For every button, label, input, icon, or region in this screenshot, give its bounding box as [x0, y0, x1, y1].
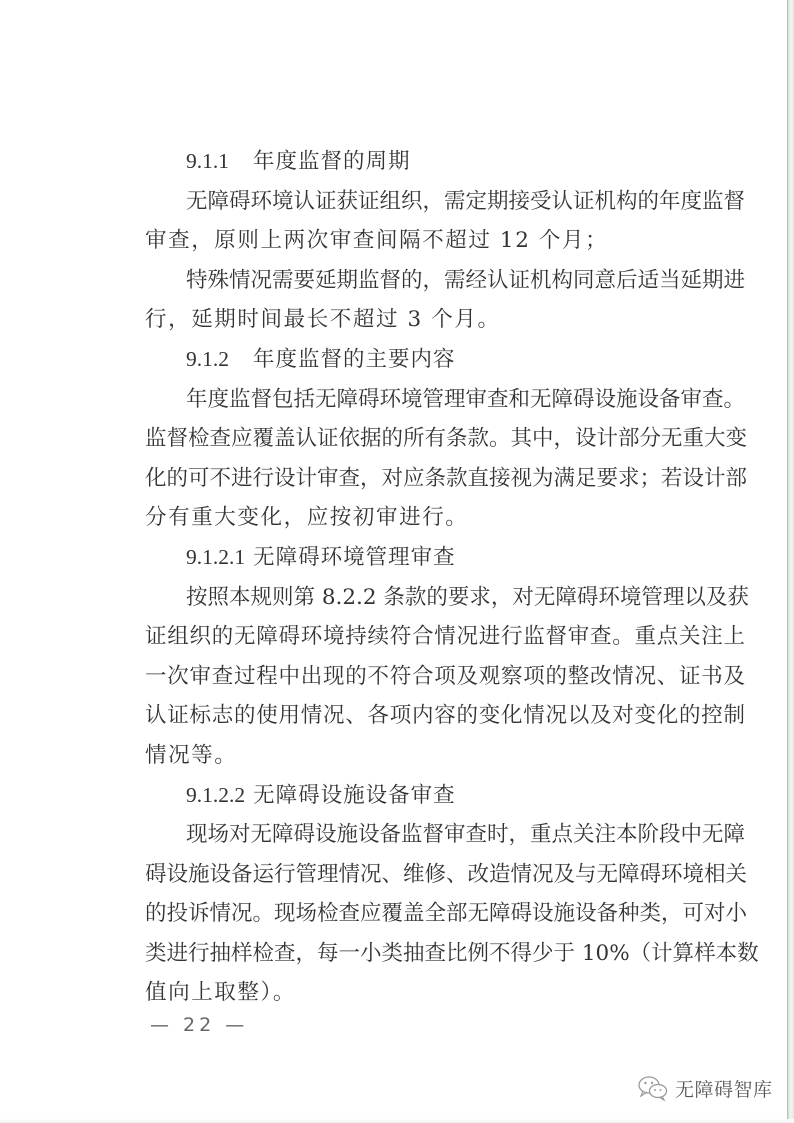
section-title: 无障碍环境管理审查 — [253, 545, 456, 570]
paragraph-line: 认证标志的使用情况、各项内容的变化情况以及对变化的控制 — [145, 696, 745, 736]
section-heading: 9.1.1年度监督的周期 — [145, 142, 745, 182]
paragraph-line: 碍设施设备运行管理情况、维修、改造情况及与无障碍环境相关 — [145, 855, 745, 895]
paragraph-line: 证组织的无障碍环境持续符合情况进行监督审查。重点关注上 — [145, 617, 745, 657]
section-title: 年度监督的主要内容 — [253, 347, 456, 372]
document-body: 9.1.1年度监督的周期 无障碍环境认证获证组织，需定期接受认证机构的年度监督 … — [145, 142, 745, 1013]
wechat-icon — [637, 1074, 669, 1102]
paragraph-line: 分有重大变化，应按初审进行。 — [145, 498, 745, 538]
subsection-heading: 9.1.2.1无障碍环境管理审查 — [145, 538, 745, 578]
section-title: 无障碍设施设备审查 — [253, 783, 456, 808]
section-number: 9.1.2.2 — [186, 783, 245, 807]
paragraph-line: 一次审查过程中出现的不符合项及观察项的整改情况、证书及 — [145, 657, 745, 697]
page-bottom-shadow — [0, 1119, 794, 1123]
paragraph-line: 行，延期时间最长不超过 3 个月。 — [145, 300, 745, 340]
watermark-label: 无障碍智库 — [675, 1075, 773, 1102]
page-edge-shadow — [787, 0, 794, 1123]
paragraph-line: 监督检查应覆盖认证依据的所有条款。其中，设计部分无重大变 — [145, 419, 745, 459]
paragraph-line: 审查，原则上两次审查间隔不超过 12 个月； — [145, 221, 745, 261]
paragraph-line: 的投诉情况。现场检查应覆盖全部无障碍设施设备种类，可对小 — [145, 894, 745, 934]
paragraph-line: 值向上取整）。 — [145, 973, 745, 1013]
paragraph-line: 年度监督包括无障碍环境管理审查和无障碍设施设备审查。 — [145, 380, 745, 420]
paragraph-line: 类进行抽样检查，每一小类抽查比例不得少于 10%（计算样本数 — [145, 934, 745, 974]
section-heading: 9.1.2年度监督的主要内容 — [145, 340, 745, 380]
paragraph-line: 情况等。 — [145, 736, 745, 776]
section-title: 年度监督的周期 — [253, 149, 411, 174]
paragraph-line: 化的可不进行设计审查，对应条款直接视为满足要求；若设计部 — [145, 459, 745, 499]
paragraph-line: 特殊情况需要延期监督的，需经认证机构同意后适当延期进 — [145, 261, 745, 301]
page-number: — 22 — — [150, 1014, 248, 1036]
paragraph-line: 按照本规则第 8.2.2 条款的要求，对无障碍环境管理以及获 — [145, 578, 745, 618]
subsection-heading: 9.1.2.2无障碍设施设备审查 — [145, 776, 745, 816]
paragraph-line: 现场对无障碍设施设备监督审查时，重点关注本阶段中无障 — [145, 815, 745, 855]
section-number: 9.1.1 — [186, 149, 229, 173]
paragraph-line: 无障碍环境认证获证组织，需定期接受认证机构的年度监督 — [145, 182, 745, 222]
watermark: 无障碍智库 — [637, 1072, 773, 1104]
section-number: 9.1.2.1 — [186, 545, 245, 569]
section-number: 9.1.2 — [186, 347, 229, 371]
